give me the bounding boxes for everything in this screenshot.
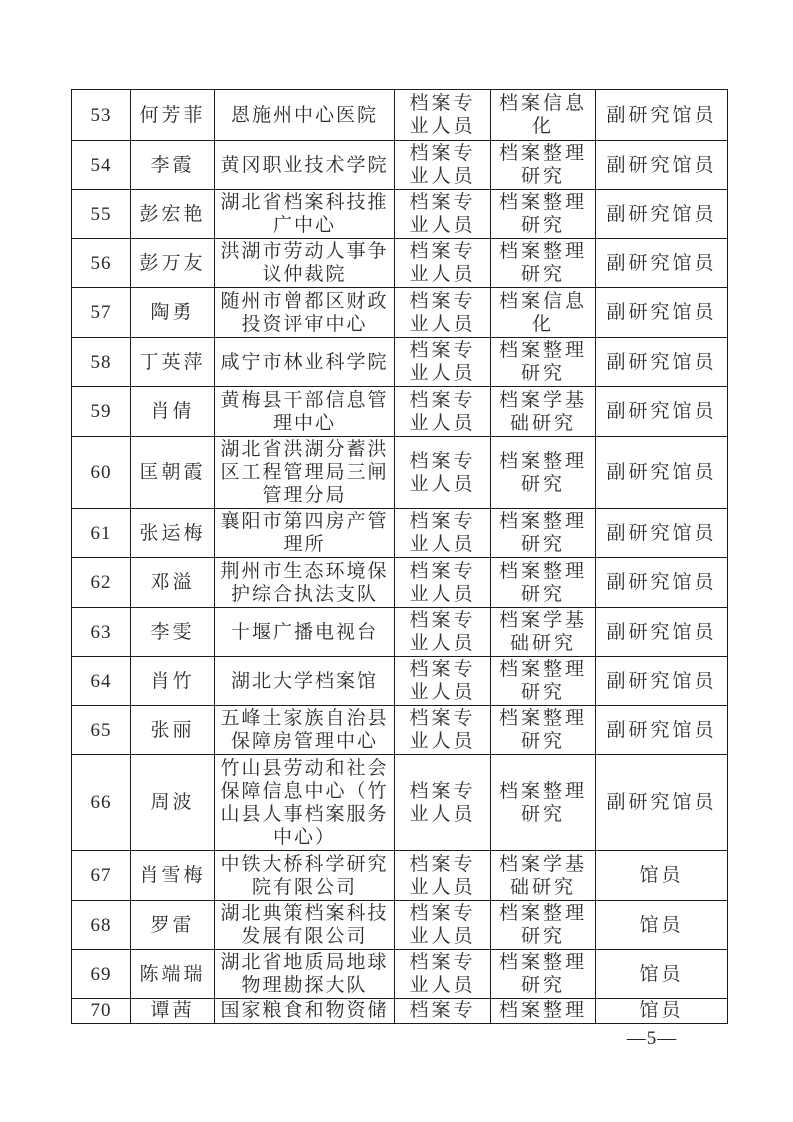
organization-text: 随州市曾都区财政投资评审中心 [219,290,390,336]
category-text: 档案专业人员 [399,902,486,948]
row-number-text: 66 [76,791,126,814]
title-text: 副研究馆员 [600,252,723,275]
name-cell: 肖竹 [131,657,215,706]
title-text: 副研究馆员 [600,301,723,324]
title-text: 馆员 [600,914,723,937]
research-field-cell: 档案学基础研究 [491,608,596,657]
table-row: 60 匡朝霞 湖北省洪湖分蓄洪区工程管理局三闸管理分局 档案专业人员 档案整理研… [72,437,728,509]
row-number-text: 54 [76,154,126,177]
organization-cell: 湖北省档案科技推广中心 [215,190,395,239]
research-field-text: 档案整理研究 [495,658,591,704]
research-field-text: 档案信息化 [495,92,591,138]
document-page: 53 何芳菲 恩施州中心医院 档案专业人员 档案信息化 副研究馆员 54 李霞 … [0,0,793,1122]
research-field-cell: 档案学基础研究 [491,387,596,437]
title-text: 副研究馆员 [600,461,723,484]
name-text: 李霞 [135,154,210,177]
row-number-cell: 53 [72,90,131,141]
category-text: 档案专业人员 [399,609,486,655]
category-cell: 档案专业人员 [395,755,491,851]
research-field-cell: 档案整理研究 [491,509,596,558]
name-cell: 张运梅 [131,509,215,558]
row-number-text: 59 [76,400,126,423]
research-field-text: 档案整理研究 [495,142,591,188]
name-text: 罗雷 [135,914,210,937]
category-cell: 档案专业人员 [395,657,491,706]
row-number-text: 64 [76,670,126,693]
title-cell: 副研究馆员 [596,90,728,141]
organization-text: 中铁大桥科学研究院有限公司 [219,853,390,899]
category-text: 档案专业人员 [399,510,486,556]
row-number-text: 67 [76,864,126,887]
title-text: 副研究馆员 [600,670,723,693]
row-number-text: 56 [76,252,126,275]
organization-cell: 咸宁市林业科学院 [215,338,395,387]
research-field-text: 档案整理研究 [495,339,591,385]
organization-text: 恩施州中心医院 [219,104,390,127]
category-cell: 档案专业人员 [395,288,491,338]
title-cell: 副研究馆员 [596,141,728,190]
research-field-text: 档案学基础研究 [495,853,591,899]
category-cell: 档案专业人员 [395,437,491,509]
row-number-cell: 57 [72,288,131,338]
title-cell: 馆员 [596,901,728,950]
title-text: 副研究馆员 [600,719,723,742]
table-row: 64 肖竹 湖北大学档案馆 档案专业人员 档案整理研究 副研究馆员 [72,657,728,706]
name-text: 张运梅 [135,522,210,545]
row-number-cell: 65 [72,706,131,755]
category-cell: 档案专业人员 [395,706,491,755]
name-cell: 周波 [131,755,215,851]
research-field-text: 档案整理研究 [495,560,591,606]
name-cell: 肖雪梅 [131,851,215,901]
title-text: 馆员 [600,999,723,1021]
title-text: 副研究馆员 [600,400,723,423]
row-number-cell: 69 [72,950,131,999]
research-field-text: 档案整理研究 [495,780,591,826]
title-cell: 副研究馆员 [596,509,728,558]
research-field-text: 档案学基础研究 [495,609,591,655]
research-field-cell: 档案整理 [491,999,596,1024]
organization-text: 湖北大学档案馆 [219,670,390,693]
title-cell: 副研究馆员 [596,558,728,608]
research-field-text: 档案学基础研究 [495,389,591,435]
title-text: 馆员 [600,963,723,986]
organization-text: 国家粮食和物资储 [219,999,390,1021]
row-number-text: 63 [76,621,126,644]
organization-cell: 湖北大学档案馆 [215,657,395,706]
research-field-text: 档案整理研究 [495,240,591,286]
title-cell: 副研究馆员 [596,706,728,755]
research-field-cell: 档案整理研究 [491,190,596,239]
organization-text: 湖北省档案科技推广中心 [219,191,390,237]
organization-cell: 竹山县劳动和社会保障信息中心（竹山县人事档案服务中心） [215,755,395,851]
title-text: 副研究馆员 [600,571,723,594]
organization-cell: 恩施州中心医院 [215,90,395,141]
research-field-text: 档案整理研究 [495,707,591,753]
category-cell: 档案专业人员 [395,851,491,901]
research-field-cell: 档案整理研究 [491,755,596,851]
title-cell: 副研究馆员 [596,288,728,338]
name-cell: 肖倩 [131,387,215,437]
table-row: 54 李霞 黄冈职业技术学院 档案专业人员 档案整理研究 副研究馆员 [72,141,728,190]
row-number-cell: 56 [72,239,131,288]
organization-text: 黄梅县干部信息管理中心 [219,389,390,435]
title-cell: 副研究馆员 [596,608,728,657]
title-text: 副研究馆员 [600,203,723,226]
table-row: 67 肖雪梅 中铁大桥科学研究院有限公司 档案专业人员 档案学基础研究 馆员 [72,851,728,901]
row-number-text: 70 [76,999,126,1021]
title-text: 副研究馆员 [600,351,723,374]
row-number-cell: 58 [72,338,131,387]
organization-text: 湖北省洪湖分蓄洪区工程管理局三闸管理分局 [219,438,390,507]
organization-cell: 湖北省地质局地球物理勘探大队 [215,950,395,999]
category-cell: 档案专业人员 [395,608,491,657]
name-text: 何芳菲 [135,104,210,127]
row-number-text: 58 [76,351,126,374]
research-field-text: 档案整理研究 [495,951,591,997]
research-field-text: 档案信息化 [495,290,591,336]
table-row: 61 张运梅 襄阳市第四房产管理所 档案专业人员 档案整理研究 副研究馆员 [72,509,728,558]
name-text: 肖倩 [135,400,210,423]
row-number-text: 60 [76,461,126,484]
certification-table: 53 何芳菲 恩施州中心医院 档案专业人员 档案信息化 副研究馆员 54 李霞 … [71,89,728,1024]
research-field-cell: 档案整理研究 [491,901,596,950]
organization-cell: 十堰广播电视台 [215,608,395,657]
title-text: 副研究馆员 [600,522,723,545]
category-text: 档案专业人员 [399,450,486,496]
table-row: 69 陈端瑞 湖北省地质局地球物理勘探大队 档案专业人员 档案整理研究 馆员 [72,950,728,999]
row-number-text: 69 [76,963,126,986]
row-number-cell: 60 [72,437,131,509]
category-cell: 档案专业人员 [395,141,491,190]
title-cell: 馆员 [596,950,728,999]
row-number-cell: 54 [72,141,131,190]
table-row: 53 何芳菲 恩施州中心医院 档案专业人员 档案信息化 副研究馆员 [72,90,728,141]
category-cell: 档案专业人员 [395,190,491,239]
category-text: 档案专业人员 [399,240,486,286]
organization-text: 五峰土家族自治县保障房管理中心 [219,707,390,753]
organization-text: 湖北典策档案科技发展有限公司 [219,902,390,948]
organization-cell: 湖北典策档案科技发展有限公司 [215,901,395,950]
research-field-text: 档案整理研究 [495,191,591,237]
row-number-text: 53 [76,104,126,127]
category-cell: 档案专业人员 [395,558,491,608]
name-text: 邓溢 [135,571,210,594]
table-row: 56 彭万友 洪湖市劳动人事争议仲裁院 档案专业人员 档案整理研究 副研究馆员 [72,239,728,288]
research-field-cell: 档案整理研究 [491,950,596,999]
category-cell: 档案专业人员 [395,338,491,387]
table-row: 63 李雯 十堰广播电视台 档案专业人员 档案学基础研究 副研究馆员 [72,608,728,657]
name-cell: 李霞 [131,141,215,190]
name-cell: 张丽 [131,706,215,755]
organization-cell: 湖北省洪湖分蓄洪区工程管理局三闸管理分局 [215,437,395,509]
organization-text: 洪湖市劳动人事争议仲裁院 [219,240,390,286]
organization-cell: 五峰土家族自治县保障房管理中心 [215,706,395,755]
row-number-text: 57 [76,301,126,324]
title-cell: 副研究馆员 [596,657,728,706]
organization-cell: 随州市曾都区财政投资评审中心 [215,288,395,338]
name-cell: 彭万友 [131,239,215,288]
research-field-cell: 档案信息化 [491,90,596,141]
category-text: 档案专业人员 [399,658,486,704]
row-number-cell: 66 [72,755,131,851]
row-number-text: 55 [76,203,126,226]
table-row: 70 谭茜 国家粮食和物资储 档案专 档案整理 馆员 [72,999,728,1024]
category-text: 档案专业人员 [399,290,486,336]
organization-cell: 黄冈职业技术学院 [215,141,395,190]
title-text: 副研究馆员 [600,154,723,177]
research-field-cell: 档案整理研究 [491,338,596,387]
category-cell: 档案专业人员 [395,239,491,288]
name-cell: 彭宏艳 [131,190,215,239]
research-field-cell: 档案整理研究 [491,706,596,755]
name-text: 谭茜 [135,999,210,1021]
research-field-text: 档案整理研究 [495,902,591,948]
category-text: 档案专业人员 [399,191,486,237]
row-number-cell: 59 [72,387,131,437]
table-body: 53 何芳菲 恩施州中心医院 档案专业人员 档案信息化 副研究馆员 54 李霞 … [72,90,728,1024]
organization-text: 襄阳市第四房产管理所 [219,510,390,556]
title-cell: 副研究馆员 [596,239,728,288]
category-cell: 档案专业人员 [395,387,491,437]
row-number-text: 62 [76,571,126,594]
organization-cell: 襄阳市第四房产管理所 [215,509,395,558]
name-text: 彭宏艳 [135,203,210,226]
organization-text: 竹山县劳动和社会保障信息中心（竹山县人事档案服务中心） [219,757,390,849]
name-text: 张丽 [135,719,210,742]
organization-cell: 国家粮食和物资储 [215,999,395,1024]
organization-text: 咸宁市林业科学院 [219,351,390,374]
title-text: 馆员 [600,864,723,887]
category-cell: 档案专业人员 [395,950,491,999]
table-row: 68 罗雷 湖北典策档案科技发展有限公司 档案专业人员 档案整理研究 馆员 [72,901,728,950]
row-number-cell: 68 [72,901,131,950]
table-row: 59 肖倩 黄梅县干部信息管理中心 档案专业人员 档案学基础研究 副研究馆员 [72,387,728,437]
name-text: 肖竹 [135,670,210,693]
title-text: 副研究馆员 [600,791,723,814]
row-number-cell: 70 [72,999,131,1024]
research-field-cell: 档案整理研究 [491,239,596,288]
name-cell: 丁英萍 [131,338,215,387]
table-row: 58 丁英萍 咸宁市林业科学院 档案专业人员 档案整理研究 副研究馆员 [72,338,728,387]
table-row: 65 张丽 五峰土家族自治县保障房管理中心 档案专业人员 档案整理研究 副研究馆… [72,706,728,755]
row-number-text: 68 [76,914,126,937]
name-text: 李雯 [135,621,210,644]
organization-text: 湖北省地质局地球物理勘探大队 [219,951,390,997]
category-cell: 档案专业人员 [395,901,491,950]
category-text: 档案专业人员 [399,389,486,435]
table-row: 57 陶勇 随州市曾都区财政投资评审中心 档案专业人员 档案信息化 副研究馆员 [72,288,728,338]
organization-cell: 洪湖市劳动人事争议仲裁院 [215,239,395,288]
row-number-text: 61 [76,522,126,545]
category-cell: 档案专业人员 [395,509,491,558]
category-text: 档案专业人员 [399,142,486,188]
title-cell: 副研究馆员 [596,387,728,437]
name-text: 匡朝霞 [135,461,210,484]
name-text: 肖雪梅 [135,864,210,887]
category-text: 档案专业人员 [399,853,486,899]
research-field-cell: 档案整理研究 [491,558,596,608]
organization-cell: 黄梅县干部信息管理中心 [215,387,395,437]
research-field-cell: 档案整理研究 [491,437,596,509]
title-text: 副研究馆员 [600,621,723,644]
name-text: 陶勇 [135,301,210,324]
research-field-text: 档案整理研究 [495,510,591,556]
row-number-cell: 55 [72,190,131,239]
category-text: 档案专 [399,999,486,1021]
research-field-cell: 档案学基础研究 [491,851,596,901]
organization-text: 十堰广播电视台 [219,621,390,644]
row-number-text: 65 [76,719,126,742]
organization-text: 荆州市生态环境保护综合执法支队 [219,560,390,606]
organization-cell: 荆州市生态环境保护综合执法支队 [215,558,395,608]
row-number-cell: 63 [72,608,131,657]
category-cell: 档案专业人员 [395,90,491,141]
name-cell: 陈端瑞 [131,950,215,999]
name-cell: 罗雷 [131,901,215,950]
name-cell: 何芳菲 [131,90,215,141]
title-text: 副研究馆员 [600,104,723,127]
research-field-text: 档案整理 [495,999,591,1021]
category-text: 档案专业人员 [399,339,486,385]
name-cell: 陶勇 [131,288,215,338]
row-number-cell: 62 [72,558,131,608]
row-number-cell: 61 [72,509,131,558]
row-number-cell: 67 [72,851,131,901]
research-field-cell: 档案整理研究 [491,657,596,706]
research-field-cell: 档案信息化 [491,288,596,338]
table-row: 66 周波 竹山县劳动和社会保障信息中心（竹山县人事档案服务中心） 档案专业人员… [72,755,728,851]
organization-cell: 中铁大桥科学研究院有限公司 [215,851,395,901]
category-text: 档案专业人员 [399,780,486,826]
page-number: —5— [592,1028,712,1050]
organization-text: 黄冈职业技术学院 [219,154,390,177]
research-field-text: 档案整理研究 [495,450,591,496]
category-text: 档案专业人员 [399,707,486,753]
name-text: 彭万友 [135,252,210,275]
title-cell: 馆员 [596,851,728,901]
category-text: 档案专业人员 [399,92,486,138]
name-cell: 谭茜 [131,999,215,1024]
name-cell: 李雯 [131,608,215,657]
category-cell: 档案专 [395,999,491,1024]
category-text: 档案专业人员 [399,560,486,606]
title-cell: 副研究馆员 [596,190,728,239]
name-text: 陈端瑞 [135,963,210,986]
name-cell: 邓溢 [131,558,215,608]
row-number-cell: 64 [72,657,131,706]
research-field-cell: 档案整理研究 [491,141,596,190]
title-cell: 副研究馆员 [596,755,728,851]
title-cell: 副研究馆员 [596,437,728,509]
title-cell: 馆员 [596,999,728,1024]
category-text: 档案专业人员 [399,951,486,997]
table-row: 62 邓溢 荆州市生态环境保护综合执法支队 档案专业人员 档案整理研究 副研究馆… [72,558,728,608]
title-cell: 副研究馆员 [596,338,728,387]
name-text: 周波 [135,791,210,814]
name-cell: 匡朝霞 [131,437,215,509]
table-row: 55 彭宏艳 湖北省档案科技推广中心 档案专业人员 档案整理研究 副研究馆员 [72,190,728,239]
name-text: 丁英萍 [135,351,210,374]
